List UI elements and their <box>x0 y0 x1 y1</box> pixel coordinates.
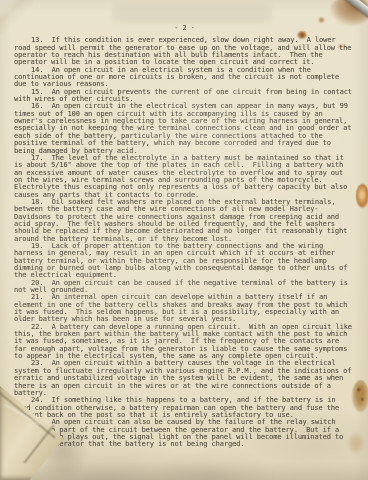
paragraph-21: 21. An internal open circuit can develop… <box>14 294 355 323</box>
paragraph-14: 14. An open circuit in an electrical sys… <box>14 67 355 89</box>
paragraph-16: 16. An open circuit in the electrical sy… <box>14 103 355 154</box>
paragraph-24: 24. If something like this happens to a … <box>14 397 355 419</box>
paragraph-22: 22. A battery can develope a running ope… <box>14 324 355 361</box>
paragraph-20: 20. An open circuit can be caused if the… <box>14 280 355 295</box>
typewritten-text-block: - 2 - 13. If this condition is ever expe… <box>14 25 355 449</box>
paragraph-15: 15. An open circuit prevents the current… <box>14 89 355 104</box>
right-edge-stain <box>352 380 368 412</box>
paragraph-19: 19. Lack of proper attention to the batt… <box>14 243 355 280</box>
right-edge-stain <box>356 184 368 208</box>
paragraph-18: 18. Oil soaked felt washers are placed o… <box>14 199 355 243</box>
foxing-spot <box>297 31 307 39</box>
paragraph-13: 13. If this condition is ever experience… <box>14 37 355 66</box>
foxing-spot <box>338 44 343 49</box>
paragraph-17: 17. The level of the electrolyte in a ba… <box>14 155 355 199</box>
paragraph-23: 23. An open circuit within a battery cau… <box>14 360 355 397</box>
document-page: - 2 - 13. If this condition is ever expe… <box>0 0 368 480</box>
paragraph-25: 25. An open circuit can also be caused b… <box>14 419 355 448</box>
right-edge-stain <box>348 432 364 454</box>
ink-bleedthrough-smudge <box>112 5 272 22</box>
foxing-spot <box>318 17 325 23</box>
